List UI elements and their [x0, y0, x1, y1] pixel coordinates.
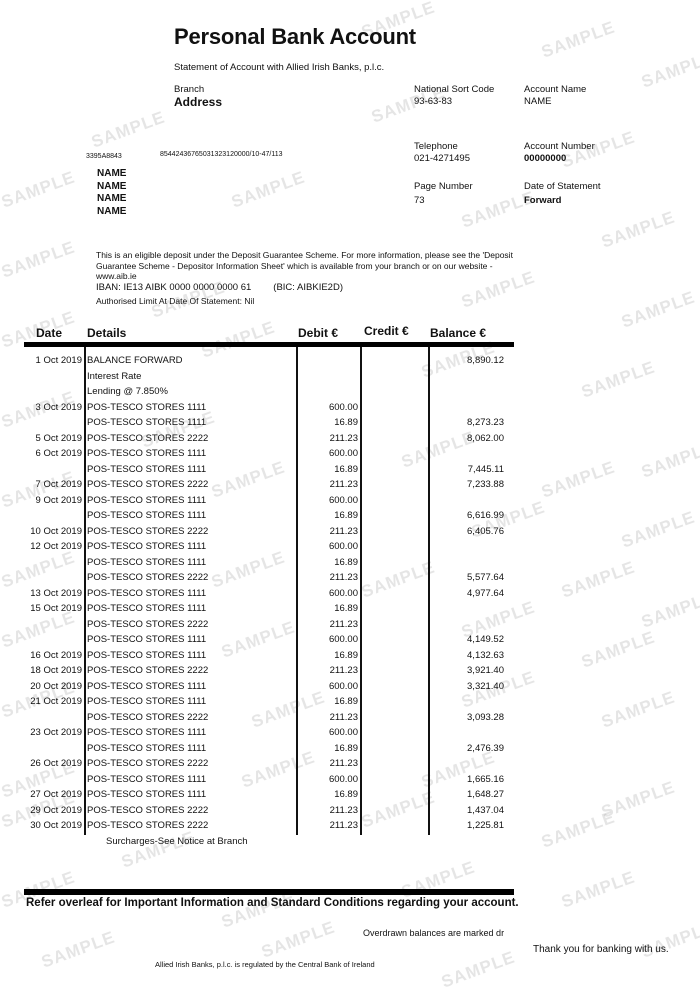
row-debit: 16.89 [334, 743, 358, 754]
row-debit: 600.00 [329, 774, 358, 785]
table-row: 15 Oct 2019POS-TESCO STORES 111116.89 [0, 603, 520, 619]
row-details: POS-TESCO STORES 2222 [87, 433, 208, 444]
row-debit: 600.00 [329, 681, 358, 692]
row-date: 15 Oct 2019 [30, 603, 82, 614]
thank-you-note: Thank you for banking with us. [533, 944, 669, 955]
row-balance: 4,132.63 [467, 650, 504, 661]
statement-date-label: Date of Statement [524, 181, 601, 192]
row-details: POS-TESCO STORES 2222 [87, 665, 208, 676]
table-row: 5 Oct 2019POS-TESCO STORES 2222211.238,0… [0, 433, 520, 449]
row-details: POS-TESCO STORES 1111 [87, 774, 206, 785]
table-row: POS-TESCO STORES 1111600.001,665.16 [0, 774, 520, 790]
table-row: Interest Rate [0, 371, 520, 387]
table-row: 13 Oct 2019POS-TESCO STORES 1111600.004,… [0, 588, 520, 604]
row-debit: 600.00 [329, 588, 358, 599]
table-row: 6 Oct 2019POS-TESCO STORES 1111600.00 [0, 448, 520, 464]
row-debit: 16.89 [334, 789, 358, 800]
row-date: 9 Oct 2019 [36, 495, 82, 506]
row-details: POS-TESCO STORES 1111 [87, 743, 206, 754]
row-balance: 8,890.12 [467, 355, 504, 366]
row-balance: 6,616.99 [467, 510, 504, 521]
table-row: Lending @ 7.850% [0, 386, 520, 402]
table-row: POS-TESCO STORES 2222211.23 [0, 619, 520, 635]
row-debit: 600.00 [329, 448, 358, 459]
row-details: POS-TESCO STORES 1111 [87, 557, 206, 568]
page-title: Personal Bank Account [174, 24, 416, 50]
row-balance: 1,225.81 [467, 820, 504, 831]
page-number-label: Page Number [414, 181, 473, 192]
table-row: POS-TESCO STORES 111116.896,616.99 [0, 510, 520, 526]
row-debit: 211.23 [330, 820, 358, 831]
row-details: POS-TESCO STORES 1111 [87, 727, 206, 738]
row-details: POS-TESCO STORES 1111 [87, 696, 206, 707]
row-debit: 16.89 [334, 417, 358, 428]
row-debit: 211.23 [330, 665, 358, 676]
reference-long-code: 85442436765031323120000/10-47/113 [160, 151, 283, 158]
regulatory-note: Allied Irish Banks, p.l.c. is regulated … [155, 960, 375, 969]
table-row: 3 Oct 2019POS-TESCO STORES 1111600.00 [0, 402, 520, 418]
important-info-note: Refer overleaf for Important Information… [26, 897, 519, 909]
row-details: POS-TESCO STORES 1111 [87, 681, 206, 692]
row-balance: 3,321.40 [467, 681, 504, 692]
column-header-balance: Balance € [430, 326, 486, 340]
table-row: 18 Oct 2019POS-TESCO STORES 2222211.233,… [0, 665, 520, 681]
table-row: POS-TESCO STORES 111116.892,476.39 [0, 743, 520, 759]
row-balance: 8,062.00 [467, 433, 504, 444]
table-row: 29 Oct 2019POS-TESCO STORES 2222211.231,… [0, 805, 520, 821]
deposit-guarantee-notice: This is an eligible deposit under the De… [96, 250, 516, 282]
row-details: POS-TESCO STORES 1111 [87, 588, 206, 599]
row-balance: 4,977.64 [467, 588, 504, 599]
row-balance: 1,648.27 [467, 789, 504, 800]
holder-name: NAME [97, 168, 126, 181]
table-row: 9 Oct 2019POS-TESCO STORES 1111600.00 [0, 495, 520, 511]
account-name-value: NAME [524, 96, 551, 107]
row-debit: 16.89 [334, 603, 358, 614]
row-debit: 600.00 [329, 402, 358, 413]
account-number-value: 00000000 [524, 153, 566, 164]
row-details: POS-TESCO STORES 1111 [87, 634, 206, 645]
table-row: POS-TESCO STORES 2222211.235,577.64 [0, 572, 520, 588]
table-row: 10 Oct 2019POS-TESCO STORES 2222211.236,… [0, 526, 520, 542]
account-number-label: Account Number [524, 141, 595, 152]
row-date: 21 Oct 2019 [30, 696, 82, 707]
row-date: 26 Oct 2019 [30, 758, 82, 769]
table-row: 7 Oct 2019POS-TESCO STORES 2222211.237,2… [0, 479, 520, 495]
row-debit: 16.89 [334, 650, 358, 661]
row-debit: 211.23 [330, 805, 358, 816]
row-balance: 6,405.76 [467, 526, 504, 537]
table-row: POS-TESCO STORES 2222211.233,093.28 [0, 712, 520, 728]
row-date: 7 Oct 2019 [36, 479, 82, 490]
row-details: POS-TESCO STORES 1111 [87, 603, 206, 614]
row-date: 1 Oct 2019 [36, 355, 82, 366]
row-date: 10 Oct 2019 [30, 526, 82, 537]
row-balance: 3,921.40 [467, 665, 504, 676]
table-row: 21 Oct 2019POS-TESCO STORES 111116.89 [0, 696, 520, 712]
row-details: POS-TESCO STORES 1111 [87, 402, 206, 413]
row-balance: 2,476.39 [467, 743, 504, 754]
table-header-rule [24, 342, 514, 347]
table-row: 20 Oct 2019POS-TESCO STORES 1111600.003,… [0, 681, 520, 697]
footer-rule [24, 889, 514, 895]
surcharge-note: Surcharges-See Notice at Branch [106, 836, 248, 847]
row-date: 20 Oct 2019 [30, 681, 82, 692]
row-debit: 600.00 [329, 495, 358, 506]
row-balance: 5,577.64 [467, 572, 504, 583]
row-date: 6 Oct 2019 [36, 448, 82, 459]
row-debit: 211.23 [330, 526, 358, 537]
row-balance: 4,149.52 [467, 634, 504, 645]
row-details: POS-TESCO STORES 2222 [87, 758, 208, 769]
row-date: 13 Oct 2019 [30, 588, 82, 599]
table-row: 16 Oct 2019POS-TESCO STORES 111116.894,1… [0, 650, 520, 666]
row-details: POS-TESCO STORES 1111 [87, 464, 206, 475]
column-header-details: Details [87, 326, 126, 340]
account-name-label: Account Name [524, 84, 586, 95]
row-debit: 600.00 [329, 634, 358, 645]
statement-subtitle: Statement of Account with Allied Irish B… [174, 62, 384, 73]
row-debit: 16.89 [334, 696, 358, 707]
row-debit: 600.00 [329, 727, 358, 738]
row-date: 5 Oct 2019 [36, 433, 82, 444]
overdrawn-note: Overdrawn balances are marked dr [363, 928, 504, 938]
telephone-label: Telephone [414, 141, 458, 152]
row-date: 16 Oct 2019 [30, 650, 82, 661]
row-details: POS-TESCO STORES 1111 [87, 789, 206, 800]
row-date: 23 Oct 2019 [30, 727, 82, 738]
table-row: 26 Oct 2019POS-TESCO STORES 2222211.23 [0, 758, 520, 774]
column-header-date: Date [36, 326, 62, 340]
sort-code-value: 93-63-83 [414, 96, 452, 107]
page-number-value: 73 [414, 195, 425, 206]
statement-date-value: Forward [524, 195, 561, 206]
sort-code-label: National Sort Code [414, 84, 494, 95]
row-balance: 1,665.16 [467, 774, 504, 785]
row-debit: 211.23 [330, 479, 358, 490]
row-details: POS-TESCO STORES 2222 [87, 572, 208, 583]
row-balance: 7,445.11 [468, 464, 504, 475]
row-details: POS-TESCO STORES 2222 [87, 479, 208, 490]
iban: IBAN: IE13 AIBK 0000 0000 0000 61 [96, 282, 251, 293]
row-debit: 211.23 [330, 433, 358, 444]
row-debit: 211.23 [330, 572, 358, 583]
row-details: POS-TESCO STORES 1111 [87, 541, 206, 552]
row-balance: 7,233.88 [467, 479, 504, 490]
row-date: 30 Oct 2019 [30, 820, 82, 831]
table-row: POS-TESCO STORES 1111600.004,149.52 [0, 634, 520, 650]
holder-name: NAME [97, 206, 126, 219]
telephone-value: 021-4271495 [414, 153, 470, 164]
row-date: 3 Oct 2019 [36, 402, 82, 413]
holder-name: NAME [97, 181, 126, 194]
table-row: 30 Oct 2019POS-TESCO STORES 2222211.231,… [0, 820, 520, 836]
row-date: 18 Oct 2019 [30, 665, 82, 676]
row-details: POS-TESCO STORES 2222 [87, 619, 208, 630]
account-holder-names: NAME NAME NAME NAME [97, 168, 126, 218]
row-balance: 3,093.28 [467, 712, 504, 723]
row-balance: 1,437.04 [467, 805, 504, 816]
row-date: 27 Oct 2019 [30, 789, 82, 800]
row-details: POS-TESCO STORES 1111 [87, 417, 206, 428]
iban-line: IBAN: IE13 AIBK 0000 0000 0000 61(BIC: A… [96, 282, 343, 293]
branch-label: Branch [174, 84, 204, 95]
row-details: BALANCE FORWARD [87, 355, 183, 366]
table-row: 27 Oct 2019POS-TESCO STORES 111116.891,6… [0, 789, 520, 805]
row-details: POS-TESCO STORES 2222 [87, 805, 208, 816]
column-header-credit: Credit € [364, 324, 409, 338]
reference-code: 3395A8843 [86, 153, 122, 160]
holder-name: NAME [97, 193, 126, 206]
row-debit: 211.23 [330, 712, 358, 723]
row-balance: 8,273.23 [467, 417, 504, 428]
row-details: Interest Rate [87, 371, 141, 382]
table-row: 23 Oct 2019POS-TESCO STORES 1111600.00 [0, 727, 520, 743]
transactions-table-body: 1 Oct 2019BALANCE FORWARD8,890.12Interes… [0, 355, 520, 836]
row-date: 12 Oct 2019 [30, 541, 82, 552]
authorised-limit: Authorised Limit At Date Of Statement: N… [96, 296, 254, 306]
row-details: POS-TESCO STORES 1111 [87, 650, 206, 661]
row-details: POS-TESCO STORES 2222 [87, 526, 208, 537]
row-debit: 211.23 [330, 619, 358, 630]
row-details: POS-TESCO STORES 2222 [87, 712, 208, 723]
row-details: POS-TESCO STORES 2222 [87, 820, 208, 831]
row-debit: 16.89 [334, 464, 358, 475]
row-debit: 16.89 [334, 510, 358, 521]
row-debit: 211.23 [330, 758, 358, 769]
row-date: 29 Oct 2019 [30, 805, 82, 816]
row-debit: 16.89 [334, 557, 358, 568]
column-header-debit: Debit € [298, 326, 338, 340]
table-row: POS-TESCO STORES 111116.89 [0, 557, 520, 573]
table-row: POS-TESCO STORES 111116.897,445.11 [0, 464, 520, 480]
table-row: 1 Oct 2019BALANCE FORWARD8,890.12 [0, 355, 520, 371]
row-details: POS-TESCO STORES 1111 [87, 510, 206, 521]
row-details: POS-TESCO STORES 1111 [87, 448, 206, 459]
bic: (BIC: AIBKIE2D) [273, 282, 343, 293]
row-details: Lending @ 7.850% [87, 386, 168, 397]
branch-value: Address [174, 95, 222, 109]
row-details: POS-TESCO STORES 1111 [87, 495, 206, 506]
table-row: POS-TESCO STORES 111116.898,273.23 [0, 417, 520, 433]
table-row: 12 Oct 2019POS-TESCO STORES 1111600.00 [0, 541, 520, 557]
row-debit: 600.00 [329, 541, 358, 552]
